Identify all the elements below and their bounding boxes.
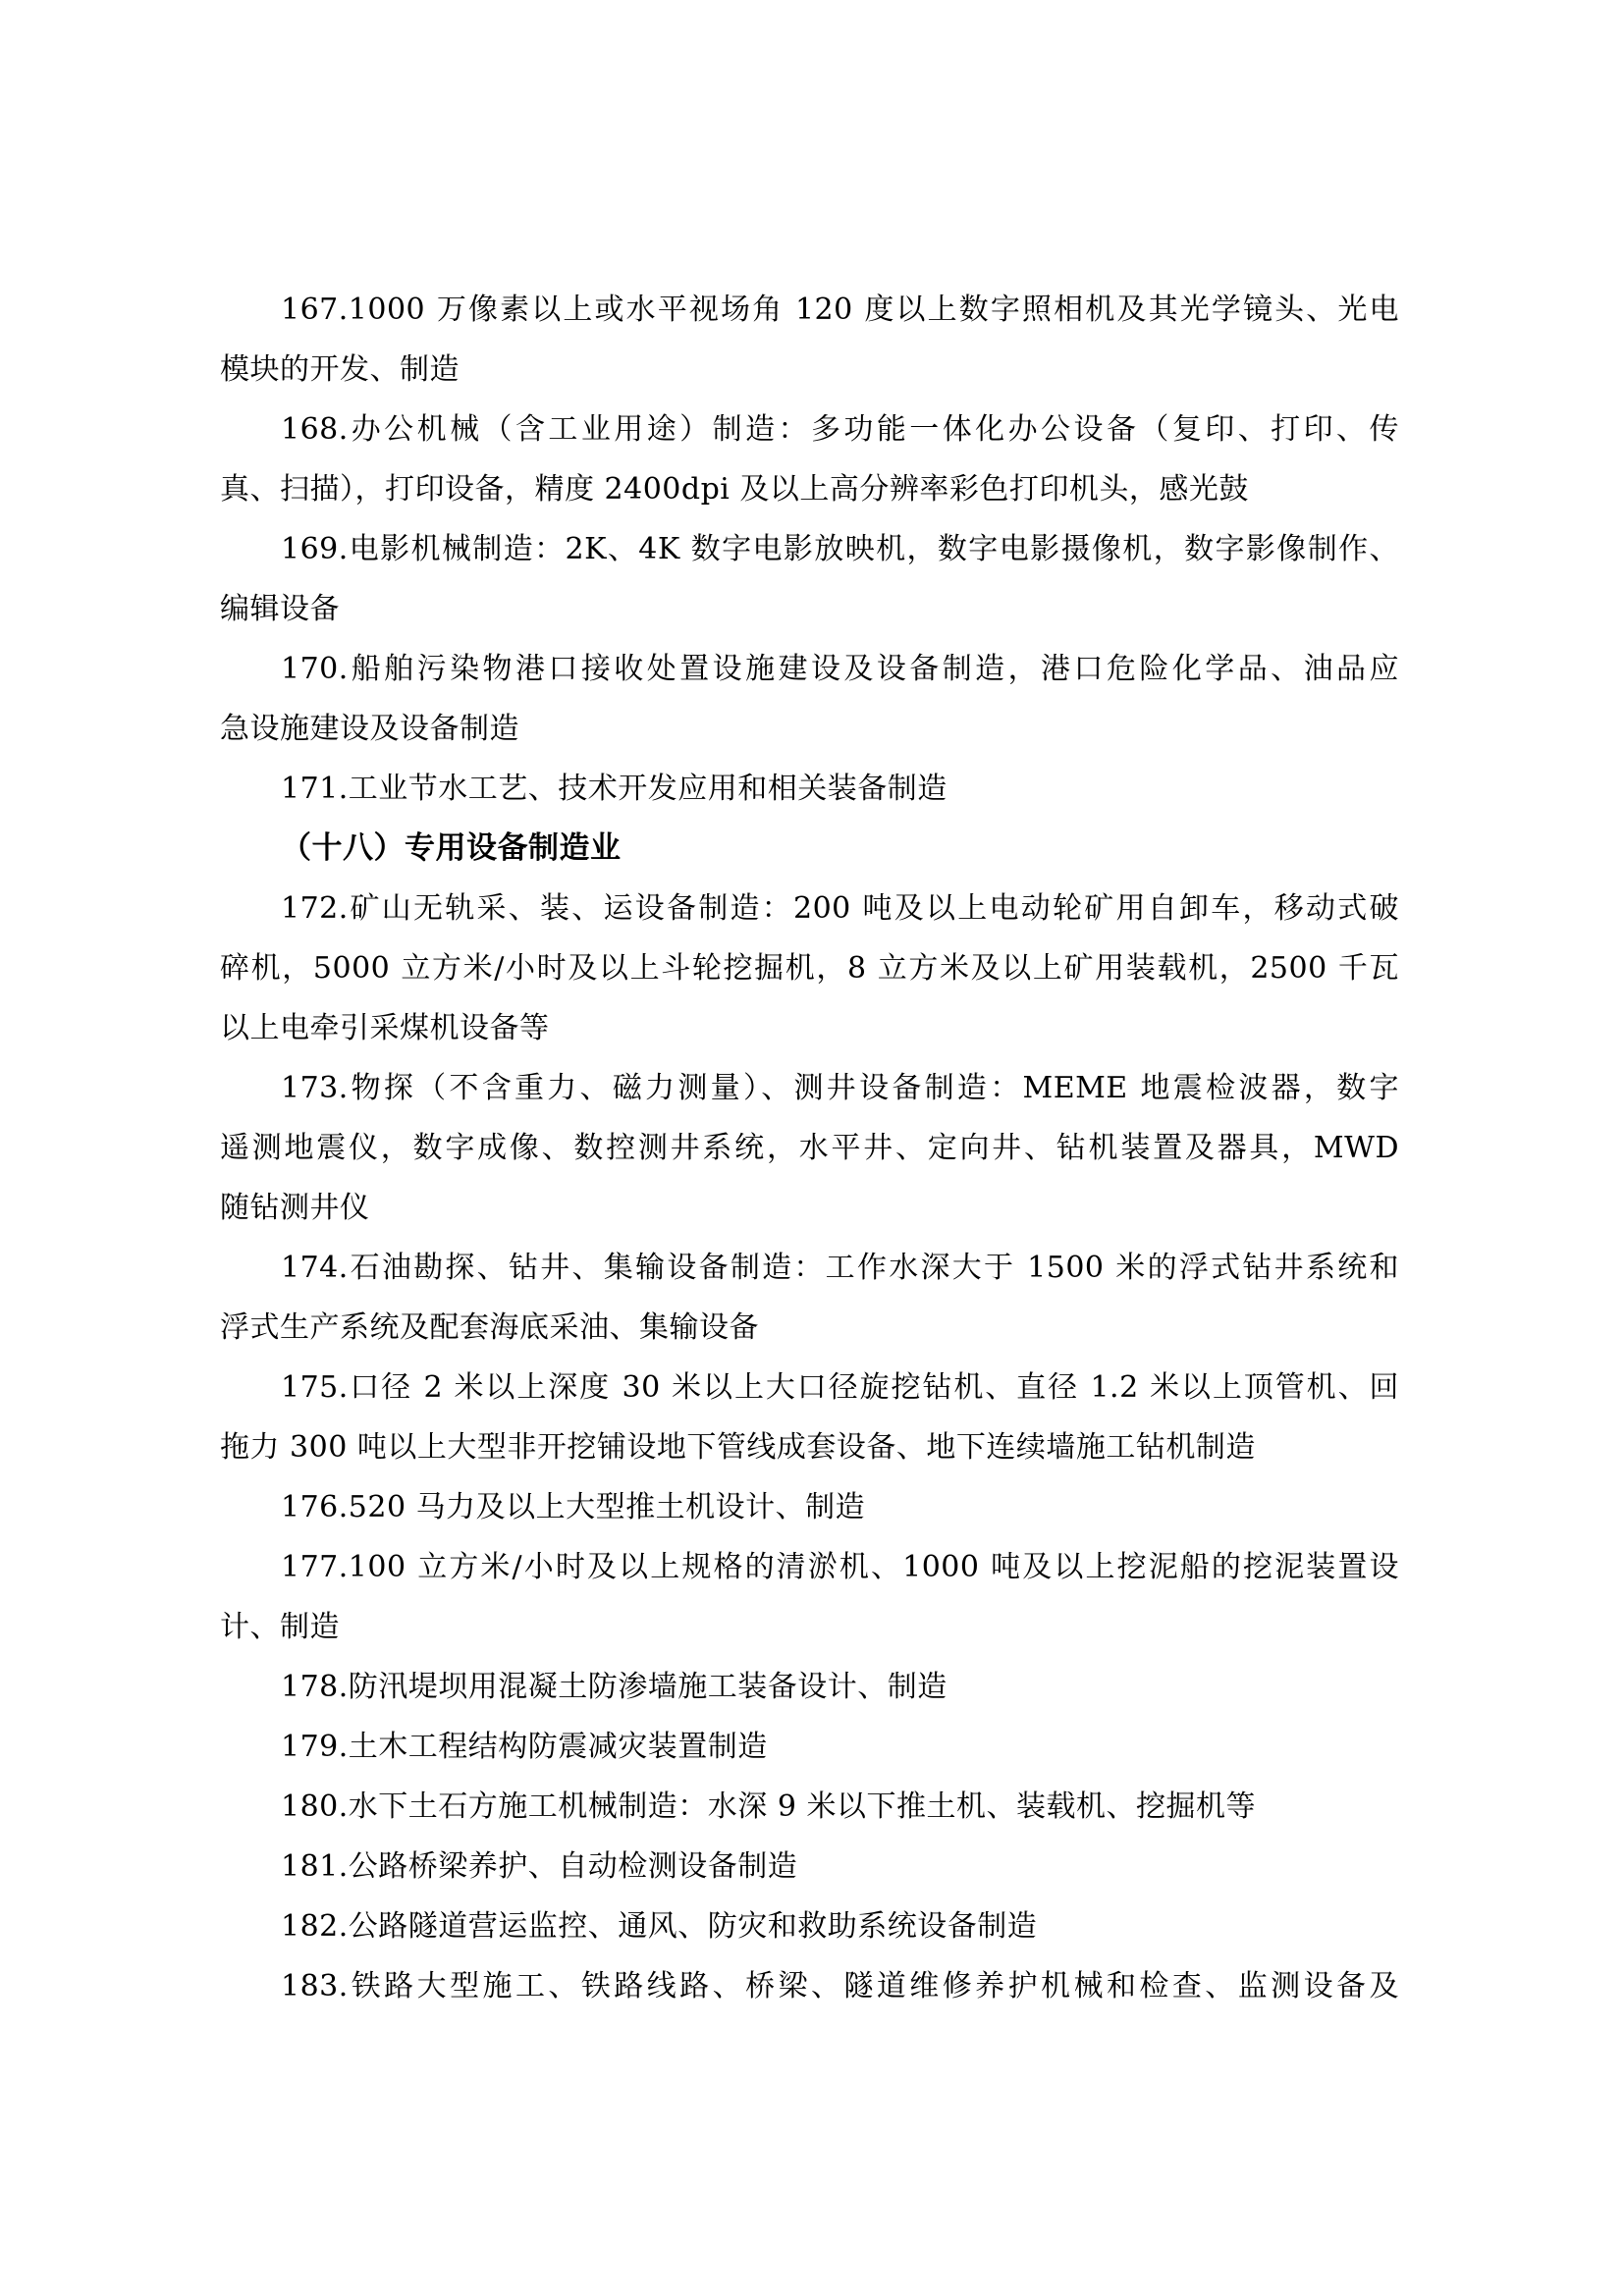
- text-line: 173.物探（不含重力、磁力测量）、测井设备制造：MEME 地震检波器，数字: [220, 1058, 1399, 1118]
- text-line: 真、扫描），打印设备，精度 2400dpi 及以上高分辨率彩色打印机头，感光鼓: [220, 459, 1399, 519]
- text-line: 171.工业节水工艺、技术开发应用和相关装备制造: [220, 759, 1399, 819]
- text-line: 175.口径 2 米以上深度 30 米以上大口径旋挖钻机、直径 1.2 米以上顶…: [220, 1358, 1399, 1417]
- document-page: 167.1000 万像素以上或水平视场角 120 度以上数字照相机及其光学镜头、…: [0, 0, 1624, 2296]
- text-block: 167.1000 万像素以上或水平视场角 120 度以上数字照相机及其光学镜头、…: [220, 280, 1399, 2016]
- text-line: 177.100 立方米/小时及以上规格的清淤机、1000 吨及以上挖泥船的挖泥装…: [220, 1537, 1399, 1597]
- text-line: 182.公路隧道营运监控、通风、防灾和救助系统设备制造: [220, 1896, 1399, 1956]
- text-line: 181.公路桥梁养护、自动检测设备制造: [220, 1837, 1399, 1896]
- text-line: 178.防汛堤坝用混凝土防渗墙施工装备设计、制造: [220, 1657, 1399, 1717]
- text-line: 169.电影机械制造：2K、4K 数字电影放映机，数字电影摄像机，数字影像制作、: [220, 519, 1399, 579]
- text-line: 编辑设备: [220, 579, 1399, 639]
- text-line: 170.船舶污染物港口接收处置设施建设及设备制造，港口危险化学品、油品应: [220, 639, 1399, 699]
- text-line: 计、制造: [220, 1597, 1399, 1657]
- text-line: 168.办公机械（含工业用途）制造：多功能一体化办公设备（复印、打印、传: [220, 400, 1399, 459]
- text-line: 183.铁路大型施工、铁路线路、桥梁、隧道维修养护机械和检查、监测设备及: [220, 1956, 1399, 2016]
- text-line: 176.520 马力及以上大型推土机设计、制造: [220, 1477, 1399, 1537]
- text-line: 以上电牵引采煤机设备等: [220, 998, 1399, 1058]
- text-line: 模块的开发、制造: [220, 340, 1399, 400]
- text-line: 167.1000 万像素以上或水平视场角 120 度以上数字照相机及其光学镜头、…: [220, 280, 1399, 340]
- text-line: 拖力 300 吨以上大型非开挖铺设地下管线成套设备、地下连续墙施工钻机制造: [220, 1417, 1399, 1477]
- text-line: 180.水下土石方施工机械制造：水深 9 米以下推土机、装载机、挖掘机等: [220, 1777, 1399, 1837]
- section-heading: （十八）专用设备制造业: [220, 819, 1399, 879]
- text-line: 急设施建设及设备制造: [220, 699, 1399, 759]
- text-line: 碎机，5000 立方米/小时及以上斗轮挖掘机，8 立方米及以上矿用装载机，250…: [220, 938, 1399, 998]
- text-line: 随钻测井仪: [220, 1178, 1399, 1238]
- text-line: 179.土木工程结构防震减灾装置制造: [220, 1717, 1399, 1777]
- text-line: 浮式生产系统及配套海底采油、集输设备: [220, 1298, 1399, 1358]
- text-line: 172.矿山无轨采、装、运设备制造：200 吨及以上电动轮矿用自卸车，移动式破: [220, 879, 1399, 938]
- text-line: 遥测地震仪，数字成像、数控测井系统，水平井、定向井、钻机装置及器具，MWD: [220, 1118, 1399, 1178]
- text-line: 174.石油勘探、钻井、集输设备制造：工作水深大于 1500 米的浮式钻井系统和: [220, 1238, 1399, 1298]
